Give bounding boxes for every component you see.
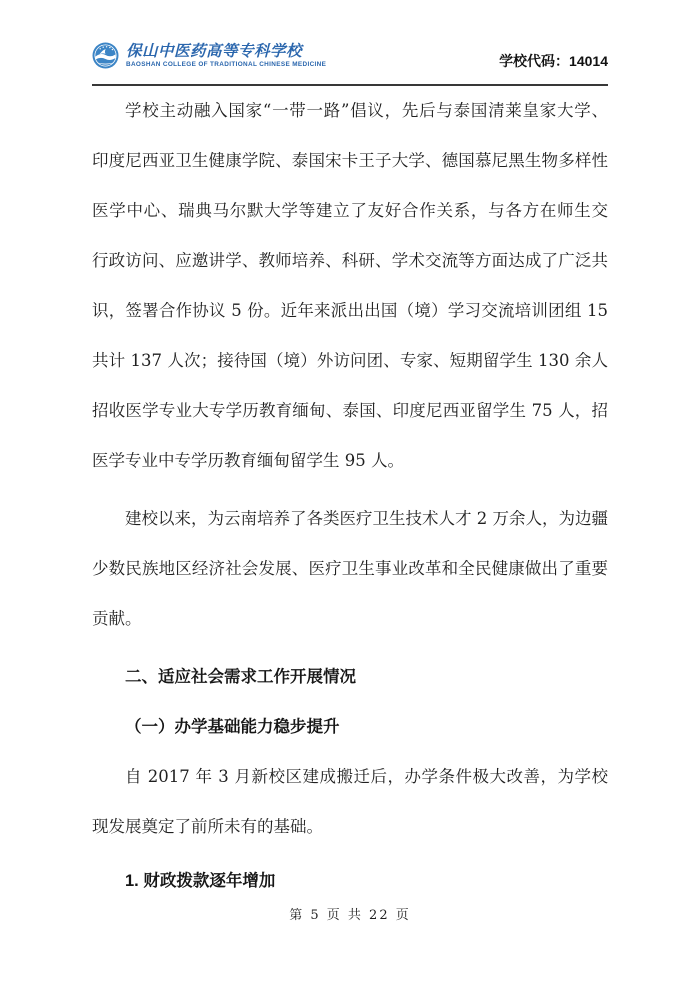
- school-emblem-icon: [92, 42, 119, 69]
- paragraph-campus: 自 2017 年 3 月新校区建成搬迁后，办学条件极大改善，为学校实 现发展奠定…: [92, 752, 608, 852]
- school-brand: 保山中医药高等专科学校 BAOSHAN COLLEGE OF TRADITION…: [92, 42, 326, 69]
- text-line: 行政访问、应邀讲学、教师培养、科研、学术交流等方面达成了广泛共: [92, 236, 608, 286]
- text-line: 现发展奠定了前所未有的基础。: [92, 802, 608, 852]
- subsection-heading: （一）办学基础能力稳步提升: [92, 702, 608, 752]
- text-line: 印度尼西亚卫生健康学院、泰国宋卡王子大学、德国慕尼黑生物多样性: [92, 136, 608, 186]
- school-name-block: 保山中医药高等专科学校 BAOSHAN COLLEGE OF TRADITION…: [126, 42, 326, 69]
- paragraph-contributions: 建校以来，为云南培养了各类医疗卫生技术人才 2 万余人，为边疆 少数民族地区经济…: [92, 494, 608, 644]
- text-line: 建校以来，为云南培养了各类医疗卫生技术人才 2 万余人，为边疆: [92, 494, 608, 544]
- text-line: 共计 137 人次；接待国（境）外访问团、专家、短期留学生 130 余人次；: [92, 336, 608, 386]
- school-name-chinese: 保山中医药高等专科学校: [126, 42, 326, 60]
- school-name-english: BAOSHAN COLLEGE OF TRADITIONAL CHINESE M…: [126, 60, 326, 69]
- section-heading: 二、适应社会需求工作开展情况: [92, 652, 608, 702]
- text-line: 自 2017 年 3 月新校区建成搬迁后，办学条件极大改善，为学校实: [92, 752, 608, 802]
- text-line: 识，签署合作协议 5 份。近年来派出出国（境）学习交流培训团组 15 个: [92, 286, 608, 336]
- paragraph-international-cooperation: 学校主动融入国家“一带一路”倡议，先后与泰国清莱皇家大学、 印度尼西亚卫生健康学…: [92, 86, 608, 486]
- text-line: 学校主动融入国家“一带一路”倡议，先后与泰国清莱皇家大学、: [92, 86, 608, 136]
- text-line: 招收医学专业大专学历教育缅甸、泰国、印度尼西亚留学生 75 人，招收: [92, 386, 608, 436]
- school-code-label: 学校代码：14014: [499, 51, 608, 71]
- document-page: 保山中医药高等专科学校 BAOSHAN COLLEGE OF TRADITION…: [0, 0, 700, 990]
- page-number: 第 5 页 共 22 页: [92, 904, 608, 923]
- text-line: 医学中心、瑞典马尔默大学等建立了友好合作关系，与各方在师生交流、: [92, 186, 608, 236]
- page-header: 保山中医药高等专科学校 BAOSHAN COLLEGE OF TRADITION…: [92, 0, 608, 71]
- text-line: 医学专业中专学历教育缅甸留学生 95 人。: [92, 436, 608, 486]
- text-line: 贡献。: [92, 594, 608, 644]
- text-line: 少数民族地区经济社会发展、医疗卫生事业改革和全民健康做出了重要: [92, 544, 608, 594]
- document-body: 学校主动融入国家“一带一路”倡议，先后与泰国清莱皇家大学、 印度尼西亚卫生健康学…: [92, 86, 608, 906]
- item-heading: 1. 财政拨款逐年增加: [92, 856, 608, 906]
